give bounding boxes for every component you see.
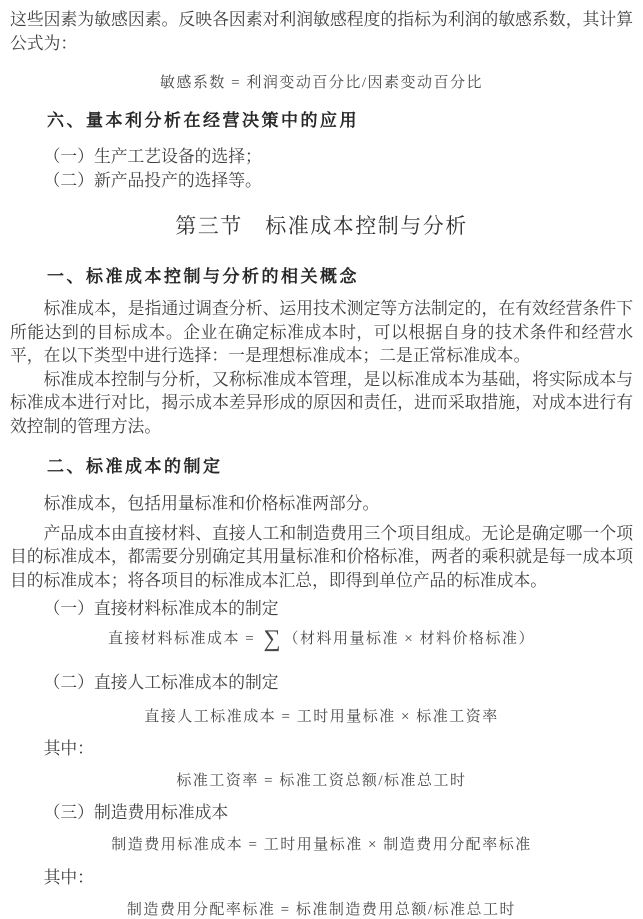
section-six-heading: 六、量本利分析在经营决策中的应用 xyxy=(10,110,633,132)
intro-paragraph: 这些因素为敏感因素。反映各因素对利润敏感程度的指标为利润的敏感系数，其计算公式为… xyxy=(10,8,633,55)
chapter-title: 第三节 标准成本控制与分析 xyxy=(10,210,633,242)
material-cost-subheading: （一）直接材料标准成本的制定 xyxy=(10,597,633,621)
material-formula-left: 直接材料标准成本 = xyxy=(108,631,260,647)
material-formula-right: （材料用量标准 × 材料价格标准） xyxy=(284,631,535,647)
labor-where-label: 其中： xyxy=(10,737,633,761)
section-one-paragraph-1: 标准成本，是指通过调查分析、运用技术测定等方法制定的，在有效经营条件下所能达到的… xyxy=(10,297,633,368)
overhead-cost-formula: 制造费用标准成本 = 工时用量标准 × 制造费用分配率标准 xyxy=(10,834,633,856)
sensitivity-coefficient-formula: 敏感系数 = 利润变动百分比/因素变动百分比 xyxy=(10,72,633,94)
document-page: 这些因素为敏感因素。反映各因素对利润敏感程度的指标为利润的敏感系数，其计算公式为… xyxy=(0,0,643,919)
overhead-where-label: 其中： xyxy=(10,866,633,890)
section-one-paragraph-2: 标准成本控制与分析，又称标准成本管理，是以标准成本为基础，将实际成本与标准成本进… xyxy=(10,368,633,439)
section-one-heading: 一、标准成本控制与分析的相关概念 xyxy=(10,266,633,288)
labor-cost-formula: 直接人工标准成本 = 工时用量标准 × 标准工资率 xyxy=(10,706,633,728)
decision-list-item-2: （二）新产品投产的选择等。 xyxy=(10,169,633,193)
section-two-heading: 二、标准成本的制定 xyxy=(10,456,633,478)
wage-rate-formula: 标准工资率 = 标准工资总额/标准总工时 xyxy=(10,770,633,792)
material-cost-formula: 直接材料标准成本 = ∑（材料用量标准 × 材料价格标准） xyxy=(10,625,633,653)
section-two-paragraph-2: 产品成本由直接材料、直接人工和制造费用三个项目组成。无论是确定哪一个项目的标准成… xyxy=(10,522,633,593)
sigma-symbol: ∑ xyxy=(260,626,283,652)
section-two-paragraph-1: 标准成本，包括用量标准和价格标准两部分。 xyxy=(10,492,633,516)
overhead-rate-formula: 制造费用分配率标准 = 标准制造费用总额/标准总工时 xyxy=(10,899,633,919)
decision-list-item-1: （一）生产工艺设备的选择； xyxy=(10,145,633,169)
overhead-subheading: （三）制造费用标准成本 xyxy=(10,801,633,825)
labor-cost-subheading: （二）直接人工标准成本的制定 xyxy=(10,671,633,695)
